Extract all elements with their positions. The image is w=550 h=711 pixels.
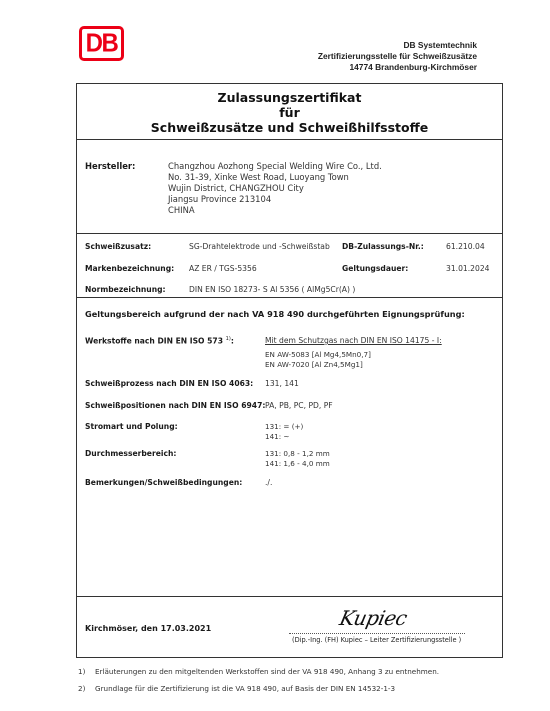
shielding-gas-heading: Mit dem Schutzgas nach DIN EN ISO 14175 …: [265, 336, 442, 345]
issuer-address: DB Systemtechnik Zertifizierungsstelle f…: [318, 40, 477, 73]
positions-value: PA, PB, PC, PD, PF: [265, 401, 333, 410]
materials-label-text: Werkstoffe nach DIN EN ISO 573: [85, 337, 223, 346]
footnote-2: 2)Grundlage für die Zertifizierung ist d…: [78, 684, 395, 693]
manufacturer-label: Hersteller:: [85, 161, 135, 171]
materials-list: EN AW-5083 [Al Mg4,5Mn0,7] EN AW-7020 [A…: [265, 350, 371, 369]
process-label: Schweißprozess nach DIN EN ISO 4063:: [85, 379, 253, 388]
approval-number-label: DB-Zulassungs-Nr.:: [342, 242, 424, 251]
divider: [77, 139, 502, 140]
remarks-label: Bemerkungen/Schweißbedingungen:: [85, 478, 242, 487]
manufacturer-country: CHINA: [168, 205, 382, 216]
materials-label: Werkstoffe nach DIN EN ISO 573 1):: [85, 336, 234, 346]
current-value: 141: ~: [265, 432, 303, 442]
issuer-department: Zertifizierungsstelle für Schweißzusätze: [318, 51, 477, 62]
material-item: EN AW-5083 [Al Mg4,5Mn0,7]: [265, 350, 371, 360]
material-item: EN AW-7020 [Al Zn4,5Mg1]: [265, 360, 371, 370]
manufacturer-name: Changzhou Aozhong Special Welding Wire C…: [168, 161, 382, 172]
diameter-label: Durchmesserbereich:: [85, 449, 176, 458]
title-line-1: Zulassungszertifikat: [77, 90, 502, 105]
diameter-value: 131: 0,8 - 1,2 mm: [265, 449, 330, 459]
validity-label: Geltungsdauer:: [342, 264, 408, 273]
manufacturer-address: Changzhou Aozhong Special Welding Wire C…: [168, 161, 382, 216]
brand-label: Markenbezeichnung:: [85, 264, 174, 273]
remarks-value: ./.: [265, 478, 272, 487]
materials-label-colon: :: [231, 337, 234, 346]
manufacturer-province: Jiangsu Province 213104: [168, 194, 382, 205]
signature-line: [289, 633, 465, 634]
certificate-title: Zulassungszertifikat für Schweißzusätze …: [77, 90, 502, 135]
certificate-frame: Zulassungszertifikat für Schweißzusätze …: [76, 83, 503, 658]
divider: [77, 233, 502, 234]
handwritten-signature: Kupiec: [337, 606, 409, 630]
current-label: Stromart und Polung:: [85, 422, 178, 431]
standard-value: DIN EN ISO 18273- S Al 5356 ( AlMg5Cr(A)…: [189, 285, 355, 294]
positions-label: Schweißpositionen nach DIN EN ISO 6947:: [85, 401, 265, 410]
approval-number-value: 61.210.04: [446, 242, 485, 251]
footnote-number: 2): [78, 684, 95, 693]
footnote-number: 1): [78, 667, 95, 676]
diameter-value: 141: 1,6 - 4,0 mm: [265, 459, 330, 469]
manufacturer-district: Wujin District, CHANGZHOU City: [168, 183, 382, 194]
brand-value: AZ ER / TGS-5356: [189, 264, 257, 273]
filler-label: Schweißzusatz:: [85, 242, 151, 251]
divider: [77, 596, 502, 597]
current-value: 131: = (+): [265, 422, 303, 432]
db-logo: DB: [79, 26, 124, 61]
current-values: 131: = (+) 141: ~: [265, 422, 303, 441]
footnote-1: 1)Erläuterungen zu den mitgeltenden Werk…: [78, 667, 439, 676]
diameter-values: 131: 0,8 - 1,2 mm 141: 1,6 - 4,0 mm: [265, 449, 330, 468]
manufacturer-street: No. 31-39, Xinke West Road, Luoyang Town: [168, 172, 382, 183]
divider: [77, 297, 502, 298]
footnote-text: Grundlage für die Zertifizierung ist die…: [95, 684, 395, 693]
validity-value: 31.01.2024: [446, 264, 489, 273]
standard-label: Normbezeichnung:: [85, 285, 166, 294]
title-line-3: Schweißzusätze und Schweißhilfsstoffe: [77, 120, 502, 135]
place-date: Kirchmöser, den 17.03.2021: [85, 624, 211, 633]
signatory-caption: (Dip.-Ing. (FH) Kupiec – Leiter Zertifiz…: [292, 636, 461, 644]
issuer-city: 14774 Brandenburg-Kirchmöser: [318, 62, 477, 73]
issuer-name: DB Systemtechnik: [318, 40, 477, 51]
db-logo-text: DB: [86, 31, 118, 57]
filler-value: SG-Drahtelektrode und -Schweißstab: [189, 242, 330, 251]
scope-heading: Geltungsbereich aufgrund der nach VA 918…: [85, 309, 465, 319]
footnote-text: Erläuterungen zu den mitgeltenden Werkst…: [95, 667, 439, 676]
title-line-2: für: [77, 105, 502, 120]
process-value: 131, 141: [265, 379, 299, 388]
